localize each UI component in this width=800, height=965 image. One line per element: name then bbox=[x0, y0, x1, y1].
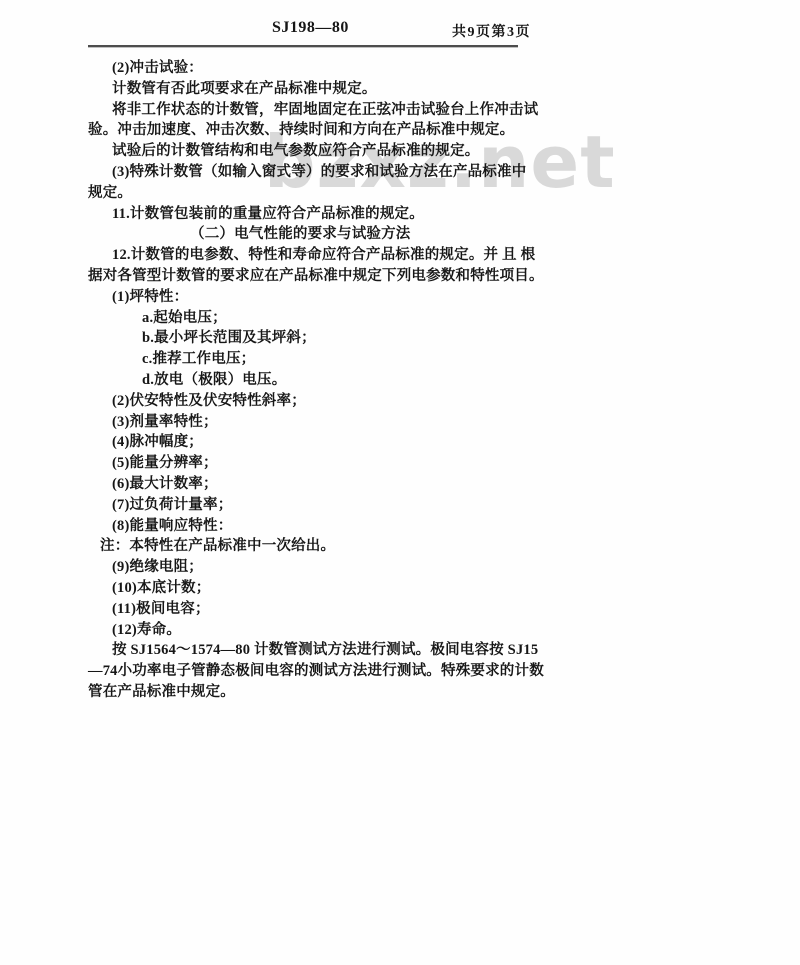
header-rule bbox=[88, 45, 518, 47]
text-line: (11)极间电容； bbox=[88, 599, 558, 620]
text-line: c.推荐工作电压； bbox=[88, 349, 558, 370]
text-line: (12)寿命。 bbox=[88, 620, 558, 641]
text-line: (5)能量分辨率； bbox=[88, 453, 558, 474]
text-line: 将非工作状态的计数管，牢固地固定在正弦冲击试验台上作冲击试 bbox=[88, 100, 558, 121]
text-line: 管在产品标准中规定。 bbox=[88, 682, 558, 703]
footnote-line: 注：本特性在产品标准中一次给出。 bbox=[88, 536, 558, 557]
text-line: —74小功率电子管静态极间电容的测试方法进行测试。特殊要求的计数 bbox=[88, 661, 558, 682]
text-line: 规定。 bbox=[88, 183, 558, 204]
page-info: 共9页第3页 bbox=[452, 21, 531, 41]
text-line: 11.计数管包装前的重量应符合产品标准的规定。 bbox=[88, 204, 558, 225]
text-line: 计数管有否此项要求在产品标准中规定。 bbox=[88, 79, 558, 100]
section-heading: （二）电气性能的要求与试验方法 bbox=[88, 224, 558, 245]
text-line: b.最小坪长范围及其坪斜； bbox=[88, 328, 558, 349]
document-page: SJ198—80 共9页第3页 bzxz.net (2)冲击试验： 计数管有否此… bbox=[0, 0, 800, 965]
text-line: (4)脉冲幅度； bbox=[88, 432, 558, 453]
text-line: (3)剂量率特性； bbox=[88, 412, 558, 433]
text-line: (6)最大计数率； bbox=[88, 474, 558, 495]
doc-number: SJ198—80 bbox=[272, 19, 349, 37]
text-line: (1)坪特性： bbox=[88, 287, 558, 308]
text-line: 据对各管型计数管的要求应在产品标准中规定下列电参数和特性项目。 bbox=[88, 266, 558, 287]
text-line: (2)冲击试验： bbox=[88, 58, 558, 79]
text-line: (9)绝缘电阻； bbox=[88, 557, 558, 578]
text-line: d.放电（极限）电压。 bbox=[88, 370, 558, 391]
text-line: (10)本底计数； bbox=[88, 578, 558, 599]
text-line: 12.计数管的电参数、特性和寿命应符合产品标准的规定。并 且 根 bbox=[88, 245, 558, 266]
text-line: 验。冲击加速度、冲击次数、持续时间和方向在产品标准中规定。 bbox=[88, 120, 558, 141]
text-line: (3)特殊计数管（如输入窗式等）的要求和试验方法在产品标准中 bbox=[88, 162, 558, 183]
text-line: 试验后的计数管结构和电气参数应符合产品标准的规定。 bbox=[88, 141, 558, 162]
document-content: (2)冲击试验： 计数管有否此项要求在产品标准中规定。 将非工作状态的计数管，牢… bbox=[88, 58, 558, 703]
text-line: (8)能量响应特性： bbox=[88, 516, 558, 537]
text-line: 按 SJ1564～1574—80 计数管测试方法进行测试。极间电容按 SJ15 bbox=[88, 640, 558, 661]
text-line: (2)伏安特性及伏安特性斜率； bbox=[88, 391, 558, 412]
text-line: a.起始电压； bbox=[88, 308, 558, 329]
text-line: (7)过负荷计量率； bbox=[88, 495, 558, 516]
